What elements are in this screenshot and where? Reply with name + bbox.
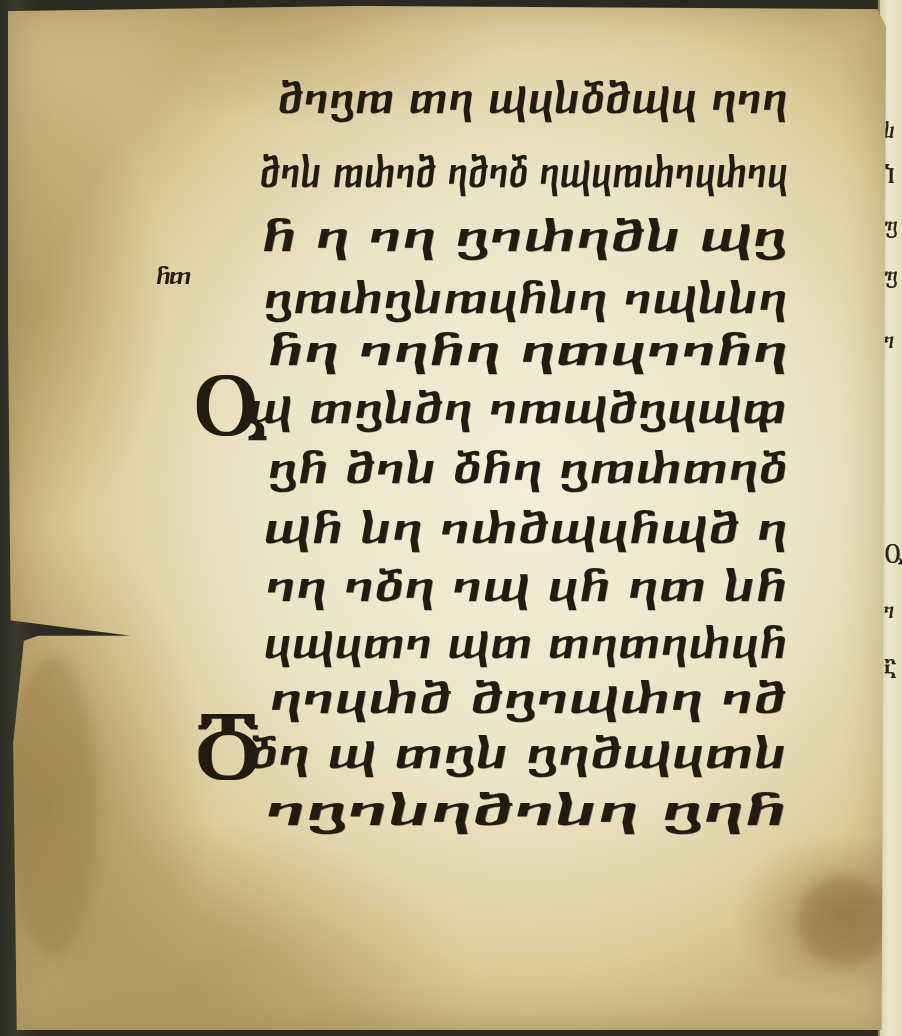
text-line: ⴈⴂⴈⴑⴄⴋⴈⴑⴄ ⴂⴄⴌ bbox=[266, 792, 787, 832]
text-line: ⴋⴈⴂⴊ ⴇⴄ ⴓⴗⴑⴃⴋⴓⴗ ⴄⴈⴄ bbox=[278, 80, 788, 120]
text-line: ⴌ ⴄ ⴈⴄ ⴂⴈⴐⴄⴋⴑ ⴓⴂ bbox=[262, 218, 788, 258]
text-line: ⴓⴌ ⴑⴄ ⴈⴐⴋⴓⴗⴌⴓⴋ ⴄ bbox=[264, 510, 788, 550]
marginal-note: ⴌⴇ bbox=[156, 265, 190, 290]
facing-page-fragment: ⴂ bbox=[884, 215, 898, 237]
facing-page-fragment: Ⴓ bbox=[884, 545, 902, 567]
text-line: ⴄⴈⴗⴐⴋ ⴋⴂⴈⴓⴐⴄ ⴈⴋ bbox=[270, 680, 787, 720]
facing-page-fragment: Ⴀ bbox=[884, 660, 897, 682]
text-line: ⴃⴄ ⴓ ⴇⴂⴑ ⴂⴄⴋⴓⴗⴇⴑ bbox=[248, 735, 787, 775]
text-line: ⴗⴓⴗⴇⴈ ⴓⴇ ⴇⴄⴇⴄⴐⴗⴌ bbox=[264, 625, 788, 665]
text-line: ⴂⴊⴐⴂⴑⴊⴗⴌⴑⴄ ⴈⴓⴑⴑⴄ bbox=[264, 280, 788, 320]
text-line: ⴂⴌ ⴋⴈⴑ ⴃⴌⴄ ⴂⴊⴐⴇⴄⴃ bbox=[268, 450, 788, 490]
facing-page-fragment: ⴈ bbox=[883, 330, 894, 352]
text-line: ⴓ ⴇⴂⴑⴋⴄ ⴈⴊⴓⴋⴂⴗⴓⴔ bbox=[248, 390, 788, 430]
stain bbox=[798, 876, 888, 966]
text-line: ⴈⴄ ⴈⴃⴄ ⴈⴓ ⴗⴌ ⴄⴇ ⴑⴌ bbox=[266, 568, 788, 608]
stain bbox=[8, 656, 98, 956]
facing-page-fragment: ⴂ bbox=[884, 265, 898, 287]
text-line: ⴌⴄ ⴈⴄⴌⴄ ⴄⴇⴗⴈⴈⴌⴄ bbox=[268, 332, 789, 372]
text-line: ⴋⴈⴑ ⴊⴐⴈⴋ ⴄⴋⴈⴃ ⴄⴓⴗⴊⴐⴈⴗⴐⴈⴗ bbox=[260, 154, 788, 194]
facing-page-fragment: ⴈ bbox=[883, 600, 894, 622]
